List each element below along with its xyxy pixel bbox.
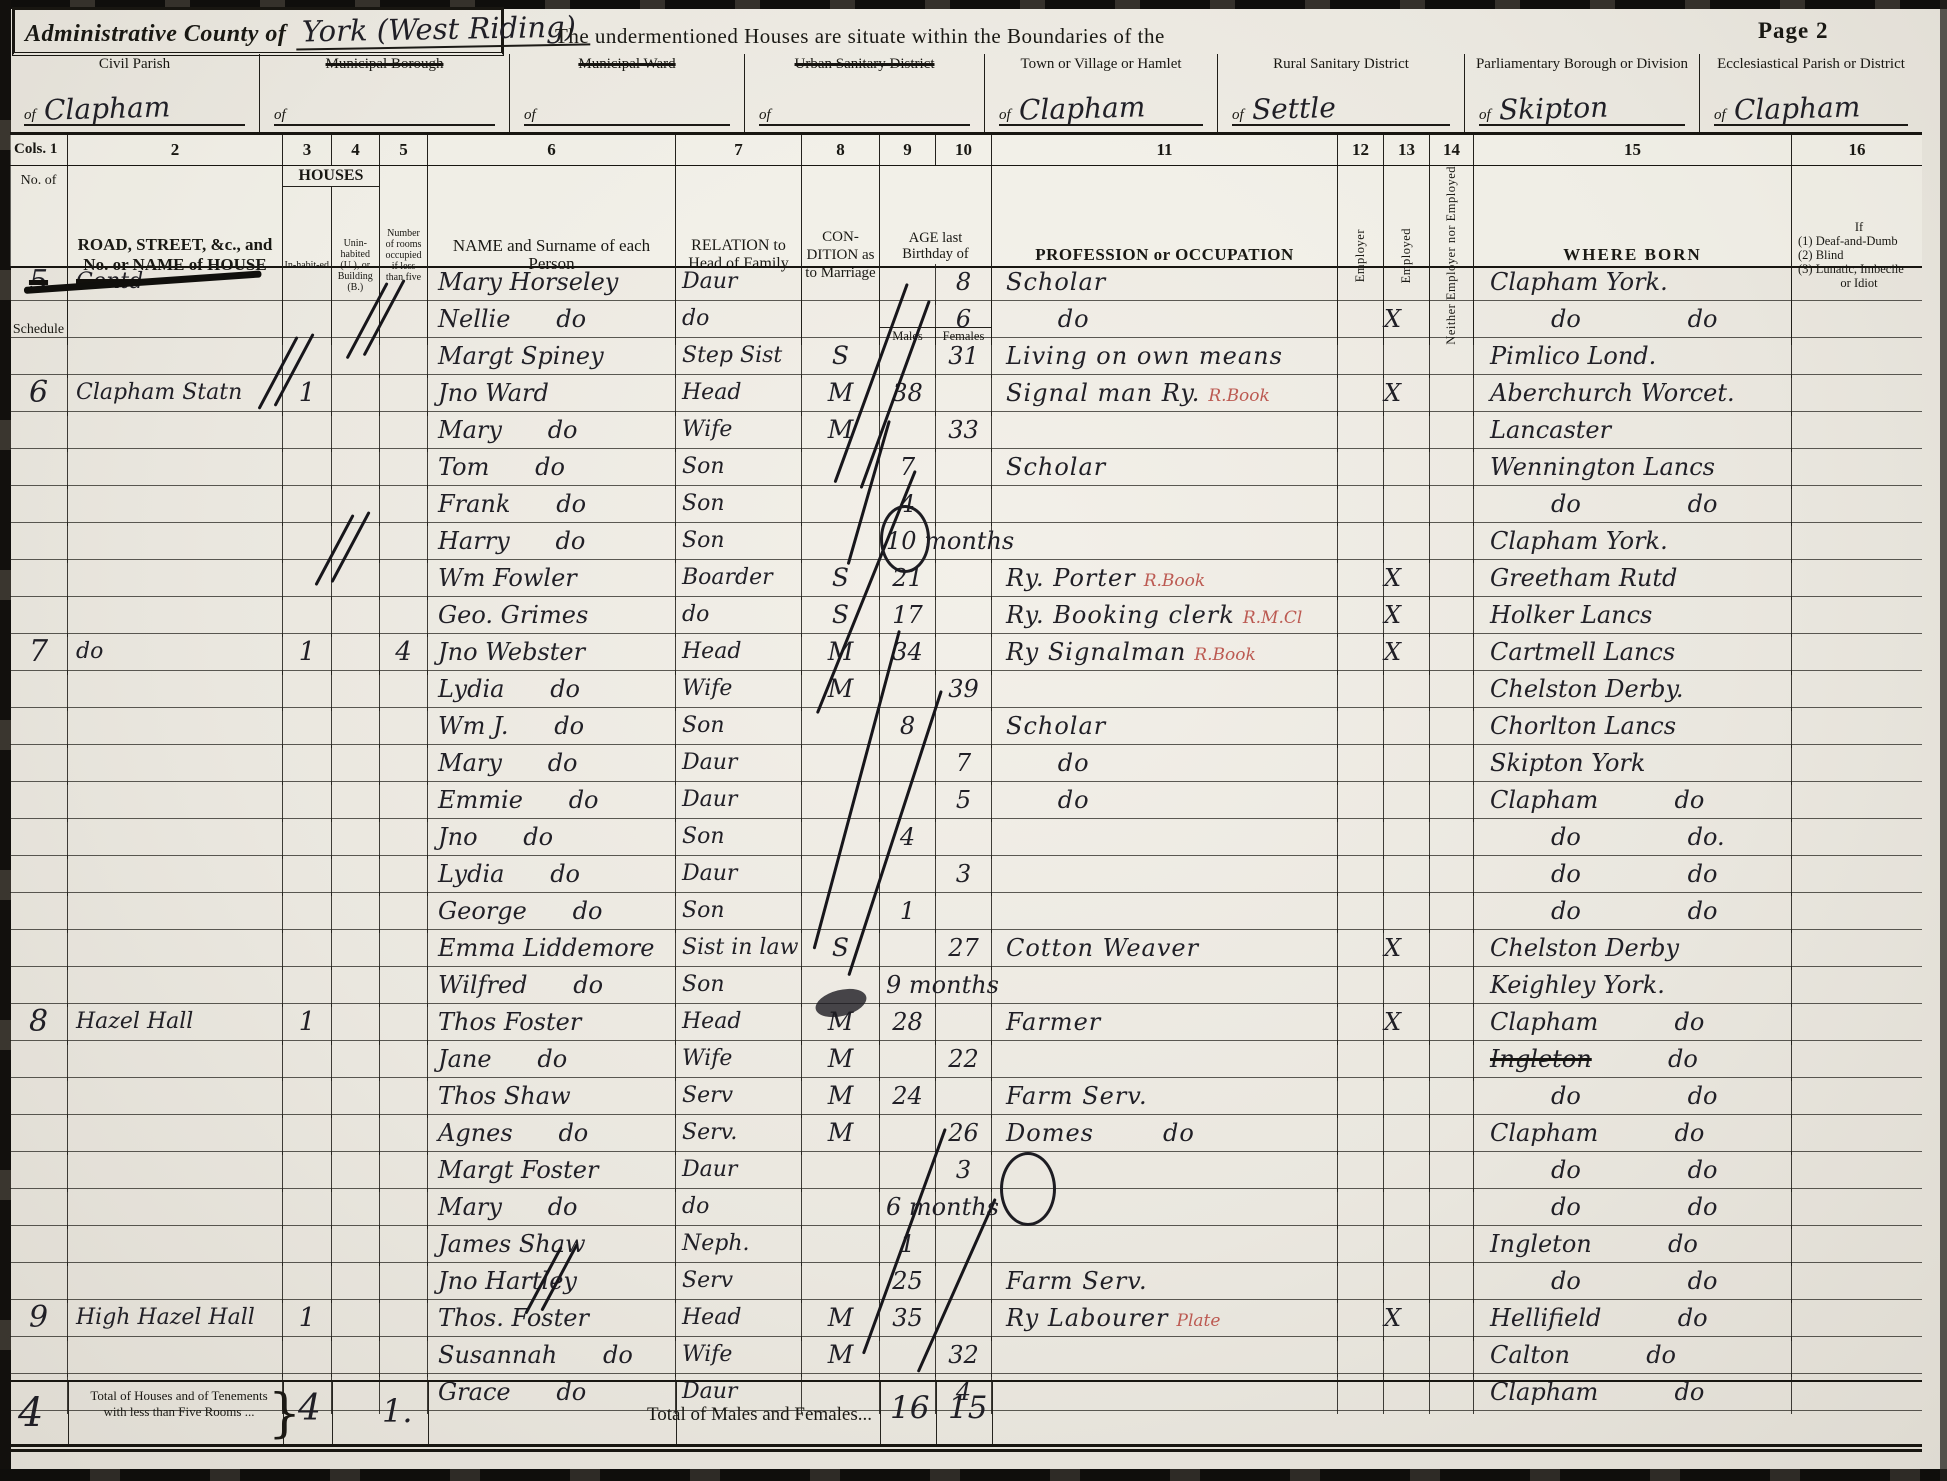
cell-rooms (380, 1078, 428, 1118)
cell-emp (1338, 1004, 1384, 1045)
table-row: 5ContdMary HorseleyDaur8ScholarClapham Y… (10, 264, 1922, 301)
cell-empd (1384, 412, 1430, 452)
cell-neither (1430, 1078, 1474, 1118)
cell-uninh (332, 671, 380, 711)
footer-houses-label: Total of Houses and of Tenements with le… (88, 1388, 270, 1419)
cell-name: Mary Horseley (428, 264, 676, 305)
col-number-10: 10 (936, 135, 992, 165)
cell-empd: X (1384, 930, 1430, 970)
cell-occ: Farm Serv. (992, 1078, 1338, 1118)
cell-rel: Daur (676, 856, 802, 896)
cell-road: High Hazel Hall (68, 1300, 283, 1341)
cell-rel: Serv (676, 1078, 802, 1118)
district-label: Urban Sanitary District (751, 56, 978, 73)
col-number-3: 3 (283, 135, 332, 165)
cell-uninh (332, 597, 380, 637)
cell-sched (10, 1152, 68, 1192)
cell-cond: S (802, 597, 880, 637)
census-sheet: Administrative County of York (West Ridi… (0, 0, 1947, 1481)
cell-rooms (380, 1041, 428, 1081)
col-number-12: 12 (1338, 135, 1384, 165)
cell-born: do do (1474, 301, 1792, 341)
cell-road (68, 893, 283, 933)
table-row: Jane doWifeM22Ingleton do (10, 1041, 1922, 1078)
cell-infirm (1792, 856, 1922, 896)
cell-f: 5 (936, 782, 992, 822)
cell-inh (283, 893, 332, 933)
cell-cond (802, 301, 880, 341)
cell-rooms (380, 967, 428, 1007)
cell-rooms (380, 930, 428, 970)
cell-road (68, 301, 283, 341)
table-row: Jno HartleyServ25Farm Serv. do do (10, 1263, 1922, 1300)
table-row: Mary dodo6 months do do (10, 1189, 1922, 1226)
cell-uninh (332, 930, 380, 970)
cell-m (880, 1041, 936, 1081)
cell-emp (1338, 745, 1384, 785)
cell-occ (992, 1337, 1338, 1377)
cell-uninh (332, 1152, 380, 1192)
cell-inh (283, 708, 332, 748)
cell-neither (1430, 856, 1474, 896)
table-row: 8Hazel Hall1Thos FosterHeadM28FarmerXCla… (10, 1004, 1922, 1041)
cell-born: do do (1474, 1078, 1792, 1118)
footer-divider (992, 1382, 993, 1444)
of-prefix: of (1232, 107, 1244, 124)
cell-occ (992, 523, 1338, 563)
cell-inh (283, 449, 332, 489)
cell-empd (1384, 893, 1430, 933)
cell-rooms (380, 338, 428, 378)
cell-infirm (1792, 708, 1922, 748)
table-row: Thos ShawServM24Farm Serv. do do (10, 1078, 1922, 1115)
cell-road (68, 560, 283, 600)
cell-neither (1430, 1300, 1474, 1341)
cell-sched (10, 1115, 68, 1155)
cell-f (936, 634, 992, 675)
cell-sched (10, 1337, 68, 1377)
cell-infirm (1792, 1189, 1922, 1229)
cell-born: Chelston Derby (1474, 930, 1792, 970)
cell-road (68, 412, 283, 452)
cell-inh (283, 1226, 332, 1266)
cell-f (936, 449, 992, 489)
cell-cond: M (802, 1078, 880, 1118)
cell-m (880, 1115, 936, 1155)
cell-sched (10, 597, 68, 637)
cell-emp (1338, 930, 1384, 970)
cell-inh (283, 745, 332, 785)
district-column: Civil ParishofClapham (10, 54, 260, 132)
cell-empd (1384, 819, 1430, 859)
district-label: Municipal Ward (516, 56, 738, 73)
cell-name: Agnes do (428, 1115, 676, 1155)
cell-name: Wilfred do (428, 967, 676, 1007)
cell-cond (802, 1263, 880, 1303)
district-column: Municipal Boroughof (260, 54, 510, 132)
district-value: ofClapham (999, 88, 1203, 126)
table-row: Lydia doDaur3 do do (10, 856, 1922, 893)
cell-cond: M (802, 671, 880, 711)
cell-inh (283, 856, 332, 896)
cell-uninh (332, 1041, 380, 1081)
cell-occ: do (992, 782, 1338, 822)
cell-rel: do (676, 1189, 802, 1229)
cell-uninh (332, 634, 380, 675)
cell-inh (283, 1041, 332, 1081)
cell-rooms (380, 1115, 428, 1155)
cell-rooms (380, 1300, 428, 1341)
cell-emp (1338, 819, 1384, 859)
cell-sched (10, 671, 68, 711)
cell-road (68, 1189, 283, 1229)
cell-born: Clapham do (1474, 1004, 1792, 1045)
cell-sched: 8 (10, 1004, 68, 1045)
cell-f (936, 1300, 992, 1341)
column-numbers: Cols. 1 2 3 4 5 6 7 8 9 10 11 12 13 14 1… (10, 135, 1922, 166)
cell-m: 35 (880, 1300, 936, 1341)
cell-emp (1338, 523, 1384, 563)
cell-name: Frank do (428, 486, 676, 526)
cell-m: 24 (880, 1078, 936, 1118)
cell-neither (1430, 560, 1474, 600)
cell-rooms (380, 856, 428, 896)
cell-emp (1338, 486, 1384, 526)
cell-rooms (380, 449, 428, 489)
district-value: ofSettle (1232, 88, 1450, 126)
county-value: York (West Riding) (296, 9, 591, 50)
cell-born: Wennington Lancs (1474, 449, 1792, 489)
district-value: of (274, 88, 495, 126)
cell-inh: 1 (283, 375, 332, 416)
county-box: Administrative County of York (West Ridi… (12, 7, 504, 56)
cell-born: Lancaster (1474, 412, 1792, 452)
cell-born: Pimlico Lond. (1474, 338, 1792, 378)
table-row: Wm FowlerBoarderS21Ry. PorterR.BookXGree… (10, 560, 1922, 597)
cell-neither (1430, 782, 1474, 822)
cell-infirm (1792, 597, 1922, 637)
cell-emp (1338, 671, 1384, 711)
cell-rel: Wife (676, 1337, 802, 1377)
cell-cond: S (802, 930, 880, 970)
cell-emp (1338, 893, 1384, 933)
cell-name: Tom do (428, 449, 676, 489)
cell-rooms (380, 893, 428, 933)
of-prefix: of (274, 107, 286, 124)
cell-sched (10, 560, 68, 600)
cell-emp (1338, 1115, 1384, 1155)
table-row: 6Clapham Statn1Jno WardHeadM38Signal man… (10, 375, 1922, 412)
cell-infirm (1792, 1300, 1922, 1341)
cell-neither (1430, 1041, 1474, 1081)
cell-inh (283, 301, 332, 341)
cell-emp (1338, 856, 1384, 896)
cell-cond: M (802, 375, 880, 416)
cell-f: 3 (936, 856, 992, 896)
cell-empd (1384, 1226, 1430, 1266)
cell-empd: X (1384, 634, 1430, 675)
cell-rel: Son (676, 708, 802, 748)
cell-sched (10, 930, 68, 970)
cell-rel: Son (676, 967, 802, 1007)
col-number-5: 5 (380, 135, 428, 165)
cell-rel: Wife (676, 671, 802, 711)
cell-uninh (332, 1189, 380, 1229)
cell-m: 9 months (880, 967, 936, 1007)
cell-f (936, 597, 992, 637)
cell-born: Hellifield do (1474, 1300, 1792, 1341)
col-number-16: 16 (1792, 135, 1922, 165)
cell-f (936, 486, 992, 526)
cell-emp (1338, 1041, 1384, 1081)
district-handwritten-value: Settle (1251, 93, 1336, 125)
cell-inh: 1 (283, 634, 332, 675)
cell-occ: Ry SignalmanR.Book (992, 634, 1338, 675)
table-row: George doSon1 do do (10, 893, 1922, 930)
cell-rooms (380, 412, 428, 452)
cell-rooms (380, 523, 428, 563)
cell-rel: Daur (676, 745, 802, 785)
cell-name: Mary do (428, 745, 676, 785)
cell-born: do do (1474, 1263, 1792, 1303)
cell-empd (1384, 1041, 1430, 1081)
cell-born: do do (1474, 856, 1792, 896)
cell-infirm (1792, 486, 1922, 526)
cell-inh: 1 (283, 1004, 332, 1045)
col-number-2: 2 (68, 135, 283, 165)
cell-rel: Boarder (676, 560, 802, 600)
district-column: Municipal Wardof (510, 54, 745, 132)
cell-rooms (380, 671, 428, 711)
cell-inh (283, 412, 332, 452)
cell-neither (1430, 1189, 1474, 1229)
cell-neither (1430, 375, 1474, 416)
cell-infirm (1792, 264, 1922, 305)
cell-f (936, 819, 992, 859)
cell-emp (1338, 338, 1384, 378)
district-handwritten-value: Clapham (1733, 92, 1860, 125)
cell-born: Clapham do (1474, 1115, 1792, 1155)
cell-cond: M (802, 412, 880, 452)
clerk-red-note: Plate (1177, 1311, 1221, 1331)
col-number-9: 9 (880, 135, 936, 165)
cell-neither (1430, 634, 1474, 675)
cell-rooms (380, 1226, 428, 1266)
clerk-red-note: R.Book (1194, 645, 1255, 665)
cell-cond (802, 856, 880, 896)
cell-emp (1338, 708, 1384, 748)
scan-edge-bottom (0, 1469, 1947, 1481)
cell-empd (1384, 1152, 1430, 1192)
cell-name: Margt Foster (428, 1152, 676, 1192)
cell-neither (1430, 338, 1474, 378)
cell-born: do do. (1474, 819, 1792, 859)
table-row: Mary doDaur7 doSkipton York (10, 745, 1922, 782)
cell-f: 39 (936, 671, 992, 711)
cell-occ (992, 671, 1338, 711)
cell-emp (1338, 634, 1384, 675)
cell-infirm (1792, 1078, 1922, 1118)
cell-emp (1338, 1189, 1384, 1229)
cell-name: Wm Fowler (428, 560, 676, 600)
cell-neither (1430, 1152, 1474, 1192)
cell-neither (1430, 893, 1474, 933)
cell-inh (283, 782, 332, 822)
cell-empd (1384, 782, 1430, 822)
district-label: Parliamentary Borough or Division (1471, 56, 1693, 73)
cell-infirm (1792, 782, 1922, 822)
cell-sched (10, 1189, 68, 1229)
footer-divider (428, 1382, 429, 1444)
cell-emp (1338, 560, 1384, 600)
district-value: of (759, 88, 970, 126)
cell-name: George do (428, 893, 676, 933)
of-prefix: of (1479, 107, 1491, 124)
cell-neither (1430, 1263, 1474, 1303)
cell-road (68, 1115, 283, 1155)
district-label: Municipal Borough (266, 56, 503, 73)
cell-uninh (332, 412, 380, 452)
clerk-red-note: R.M.Cl (1243, 608, 1302, 628)
column-labels: No. ofSchedule ROAD, STREET, &c., and No… (10, 166, 1922, 266)
cell-born: Chorlton Lancs (1474, 708, 1792, 748)
table-row: Margt FosterDaur3 do do (10, 1152, 1922, 1189)
cell-name: Jno Webster (428, 634, 676, 675)
col-number-1: Cols. 1 (10, 135, 68, 165)
cell-rel: Son (676, 819, 802, 859)
cell-road: do (68, 634, 283, 675)
cell-born: Ingleton do (1474, 1226, 1792, 1266)
cell-empd (1384, 1337, 1430, 1377)
cell-rel: Son (676, 523, 802, 563)
cell-emp (1338, 1263, 1384, 1303)
cell-infirm (1792, 671, 1922, 711)
cell-neither (1430, 1337, 1474, 1377)
cell-inh (283, 523, 332, 563)
cell-f (936, 708, 992, 748)
cell-road (68, 1226, 283, 1266)
cell-road (68, 449, 283, 489)
cell-infirm (1792, 560, 1922, 600)
col-number-11: 11 (992, 135, 1338, 165)
table-row: Mary doWifeM33Lancaster (10, 412, 1922, 449)
cell-rel: Neph. (676, 1226, 802, 1266)
cell-occ: Cotton Weaver (992, 930, 1338, 970)
cell-f (936, 1226, 992, 1266)
of-prefix: of (999, 107, 1011, 124)
cell-road (68, 1152, 283, 1192)
cell-cond (802, 1189, 880, 1229)
cell-sched (10, 967, 68, 1007)
cell-cond: S (802, 338, 880, 378)
cell-rel: Daur (676, 1152, 802, 1192)
cell-rel: Serv (676, 1263, 802, 1303)
district-headers: Civil ParishofClaphamMunicipal Boroughof… (10, 54, 1922, 132)
cell-inh (283, 264, 332, 305)
cell-infirm (1792, 1337, 1922, 1377)
col-number-8: 8 (802, 135, 880, 165)
cell-uninh (332, 1300, 380, 1341)
cell-uninh (332, 819, 380, 859)
table-row: Emmie doDaur5 doClapham do (10, 782, 1922, 819)
cell-f (936, 893, 992, 933)
cell-f: 3 (936, 1152, 992, 1192)
cell-rel: Son (676, 893, 802, 933)
footer-brace: } (268, 1384, 301, 1444)
cell-occ: Scholar (992, 449, 1338, 489)
cell-empd (1384, 967, 1430, 1007)
of-prefix: of (24, 107, 36, 124)
cell-cond: M (802, 1041, 880, 1081)
cell-road (68, 782, 283, 822)
cell-road (68, 1041, 283, 1081)
table-row: James ShawNeph.1Ingleton do (10, 1226, 1922, 1263)
cell-name: Jno Hartley (428, 1263, 676, 1303)
cell-road (68, 745, 283, 785)
cell-cond (802, 1226, 880, 1266)
cell-uninh (332, 264, 380, 305)
table-row: Jno doSon4 do do. (10, 819, 1922, 856)
col-number-15: 15 (1474, 135, 1792, 165)
table-row: Wilfred doSon9 monthsKeighley York. (10, 967, 1922, 1004)
cell-cond (802, 782, 880, 822)
col-number-13: 13 (1384, 135, 1430, 165)
cell-uninh (332, 782, 380, 822)
table-row: Frank doSon4 do do (10, 486, 1922, 523)
cell-born: do do (1474, 1152, 1792, 1192)
cell-inh (283, 671, 332, 711)
cell-infirm (1792, 967, 1922, 1007)
cell-emp (1338, 449, 1384, 489)
district-column: Urban Sanitary Districtof (745, 54, 985, 132)
cell-born: Keighley York. (1474, 967, 1792, 1007)
cell-empd (1384, 1115, 1430, 1155)
cell-sched (10, 449, 68, 489)
cell-name: Emmie do (428, 782, 676, 822)
cell-neither (1430, 819, 1474, 859)
cell-empd (1384, 486, 1430, 526)
table-row: Harry doSon10 monthsClapham York. (10, 523, 1922, 560)
cell-f: 7 (936, 745, 992, 785)
cell-name: Susannah do (428, 1337, 676, 1377)
cell-born: Cartmell Lancs (1474, 634, 1792, 675)
cell-empd (1384, 338, 1430, 378)
footer-houses-total: 4 (298, 1388, 321, 1429)
cell-sched (10, 412, 68, 452)
cell-inh: 1 (283, 1300, 332, 1341)
cell-emp (1338, 412, 1384, 452)
cell-name: Jno do (428, 819, 676, 859)
cell-road (68, 1078, 283, 1118)
cell-road (68, 486, 283, 526)
cell-uninh (332, 449, 380, 489)
cell-rel: Wife (676, 1041, 802, 1081)
district-value: ofSkipton (1479, 88, 1685, 126)
cell-name: Emma Liddemore (428, 930, 676, 970)
cell-sched: 7 (10, 634, 68, 675)
cell-road (68, 819, 283, 859)
cell-rel: Wife (676, 412, 802, 452)
district-column: Ecclesiastical Parish or DistrictofClaph… (1700, 54, 1922, 132)
cell-f (936, 1078, 992, 1118)
cell-f: 8 (936, 264, 992, 305)
cell-name: Lydia do (428, 671, 676, 711)
cell-empd: X (1384, 597, 1430, 637)
cell-inh (283, 1115, 332, 1155)
district-label: Rural Sanitary District (1224, 56, 1458, 73)
of-prefix: of (524, 107, 536, 124)
cell-f: 32 (936, 1337, 992, 1377)
